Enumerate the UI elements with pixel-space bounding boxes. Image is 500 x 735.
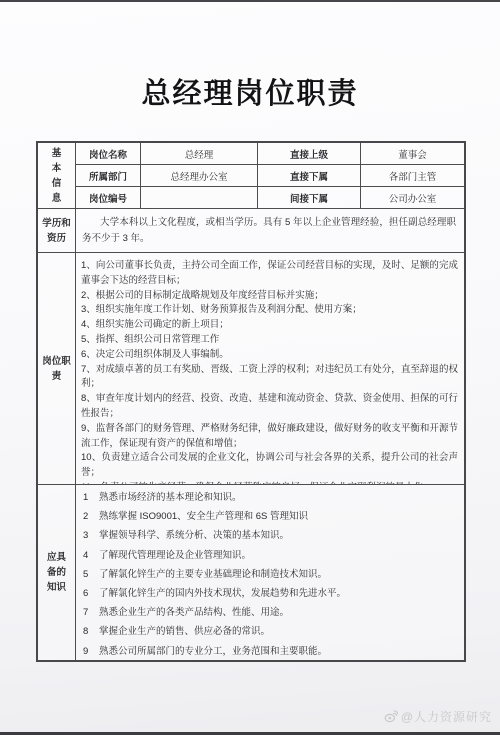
cell-department-value: 总经理办公室	[141, 165, 258, 186]
item-number: 9	[83, 642, 99, 660]
duty-item: 1、向公司董事长负责，主持公司全面工作，保证公司经营目标的实现，及时、足额的完成…	[81, 259, 458, 289]
page-title: 总经理岗位职责	[0, 71, 500, 112]
cell-position-name-value: 总经理	[141, 143, 258, 164]
item-number: 7	[83, 603, 99, 622]
knowledge-item: 6了解氯化锌生产的国内外技术现状，发展趋势和先进水平。	[76, 584, 458, 603]
cell-position-name-label: 岗位名称	[76, 143, 141, 164]
qualification-text: 大学本科以上文化程度，或相当学历。具有 5 年以上企业管理经验，担任副总经理职务…	[76, 209, 464, 252]
item-number: 1	[83, 488, 99, 507]
section-basic-info: 基本信息 岗位名称 总经理 直接上级 董事会 所属部门 总经理办公室 直接下属 …	[38, 143, 464, 208]
job-description-table: 基本信息 岗位名称 总经理 直接上级 董事会 所属部门 总经理办公室 直接下属 …	[36, 141, 466, 662]
item-text: 熟悉企业生产的各类产品结构、性能、用途。	[99, 607, 289, 618]
knowledge-item: 2熟练掌握 ISO9001、安全生产管理和 6S 管理知识	[76, 507, 458, 526]
duties-list: 1、向公司董事长负责，主持公司全面工作，保证公司经营目标的实现，及时、足额的完成…	[76, 253, 464, 484]
duty-item: 9、监督各部门的财务管理、严格财务纪律，做好廉政建设，做好财务的收支平衡和开源节…	[81, 422, 458, 452]
section-label-qualification: 学历和资历	[38, 209, 76, 252]
section-duties: 岗位职责 1、向公司董事长负责，主持公司全面工作，保证公司经营目标的实现，及时、…	[38, 252, 464, 484]
cell-direct-superior-label: 直接上级	[258, 143, 361, 164]
basic-info-grid: 岗位名称 总经理 直接上级 董事会 所属部门 总经理办公室 直接下属 各部门主管…	[76, 143, 464, 208]
item-number: 3	[83, 526, 99, 545]
duty-item: 2、根据公司的目标制定战略规划及年度经营目标并实施；	[81, 289, 458, 304]
duty-item: 11、负责公司的生产经营，确保企业经营秩序的良好，保证企业实现利润的最大化；	[81, 481, 458, 484]
watermark: @人力资源研究	[384, 708, 492, 725]
item-text: 熟悉市场经济的基本理论和知识。	[99, 492, 242, 503]
duty-item: 8、审查年度计划内的经营、投资、改造、基建和流动资金、贷款、资金使用、担保的可行…	[81, 392, 458, 422]
section-qualification: 学历和资历 大学本科以上文化程度，或相当学历。具有 5 年以上企业管理经验，担任…	[38, 208, 464, 252]
table-row: 岗位名称 总经理 直接上级 董事会	[76, 143, 464, 164]
knowledge-item: 7熟悉企业生产的各类产品结构、性能、用途。	[76, 603, 458, 622]
knowledge-item: 9熟悉公司所属部门的专业分工，业务范围和主要职能。	[76, 642, 458, 660]
duty-item: 3、组织实施年度工作计划、财务预算报告及利润分配、使用方案；	[81, 303, 458, 318]
table-row: 所属部门 总经理办公室 直接下属 各部门主管	[76, 164, 464, 186]
section-label-basic-info: 基本信息	[38, 143, 76, 208]
cell-position-number-value	[141, 187, 258, 208]
duty-item: 7、对成绩卓著的员工有奖励、晋级、工资上浮的权利；对违纪员工有处分，直至辞退的权…	[81, 363, 458, 393]
knowledge-item: 4了解现代管理理论及企业管理知识。	[76, 546, 458, 565]
section-label-duties: 岗位职责	[38, 253, 76, 484]
item-number: 4	[83, 546, 99, 565]
cell-direct-subordinate-value: 各部门主管	[361, 165, 464, 186]
item-number: 5	[83, 565, 99, 584]
duty-item: 4、组织实施公司确定的新上项目；	[81, 318, 458, 333]
knowledge-item: 1熟悉市场经济的基本理论和知识。	[76, 488, 458, 507]
item-text: 掌握领导科学、系统分析、决策的基本知识。	[99, 530, 289, 541]
top-border-line	[0, 0, 500, 2]
table-row: 岗位编号 间接下属 公司办公室	[76, 186, 464, 208]
duty-item: 10、负责建立适合公司发展的企业文化，协调公司与社会各界的关系，提升公司的社会声…	[81, 451, 458, 481]
item-text: 熟练掌握 ISO9001、安全生产管理和 6S 管理知识	[99, 511, 308, 522]
cell-direct-subordinate-label: 直接下属	[258, 165, 361, 186]
document-page: 总经理岗位职责 基本信息 岗位名称 总经理 直接上级 董事会 所属部门 总经理办…	[0, 0, 500, 735]
item-text: 了解氯化锌生产的主要专业基础理论和制造技术知识。	[99, 569, 327, 580]
item-number: 2	[83, 507, 99, 526]
section-knowledge: 应具备的知识 1熟悉市场经济的基本理论和知识。 2熟练掌握 ISO9001、安全…	[38, 484, 464, 660]
cell-department-label: 所属部门	[76, 165, 141, 186]
item-number: 8	[83, 622, 99, 641]
knowledge-item: 8掌握企业生产的销售、供应必备的常识。	[76, 622, 458, 641]
weibo-icon	[384, 710, 398, 723]
cell-position-number-label: 岗位编号	[76, 187, 141, 208]
cell-indirect-subordinate-label: 间接下属	[258, 187, 361, 208]
watermark-text: @人力资源研究	[401, 708, 492, 725]
section-label-knowledge: 应具备的知识	[38, 485, 76, 660]
knowledge-item: 5了解氯化锌生产的主要专业基础理论和制造技术知识。	[76, 565, 458, 584]
cell-direct-superior-value: 董事会	[361, 143, 464, 164]
item-text: 掌握企业生产的销售、供应必备的常识。	[99, 626, 270, 637]
duty-item: 6、决定公司组织体制及人事编制。	[81, 348, 458, 363]
item-text: 了解现代管理理论及企业管理知识。	[99, 550, 251, 561]
item-text: 熟悉公司所属部门的专业分工，业务范围和主要职能。	[99, 646, 327, 657]
item-text: 了解氯化锌生产的国内外技术现状，发展趋势和先进水平。	[99, 588, 346, 599]
item-number: 6	[83, 584, 99, 603]
cell-indirect-subordinate-value: 公司办公室	[361, 187, 464, 208]
duty-item: 5、指挥、组织公司日常管理工作	[81, 333, 458, 348]
knowledge-list: 1熟悉市场经济的基本理论和知识。 2熟练掌握 ISO9001、安全生产管理和 6…	[76, 485, 464, 660]
knowledge-item: 3掌握领导科学、系统分析、决策的基本知识。	[76, 526, 458, 545]
